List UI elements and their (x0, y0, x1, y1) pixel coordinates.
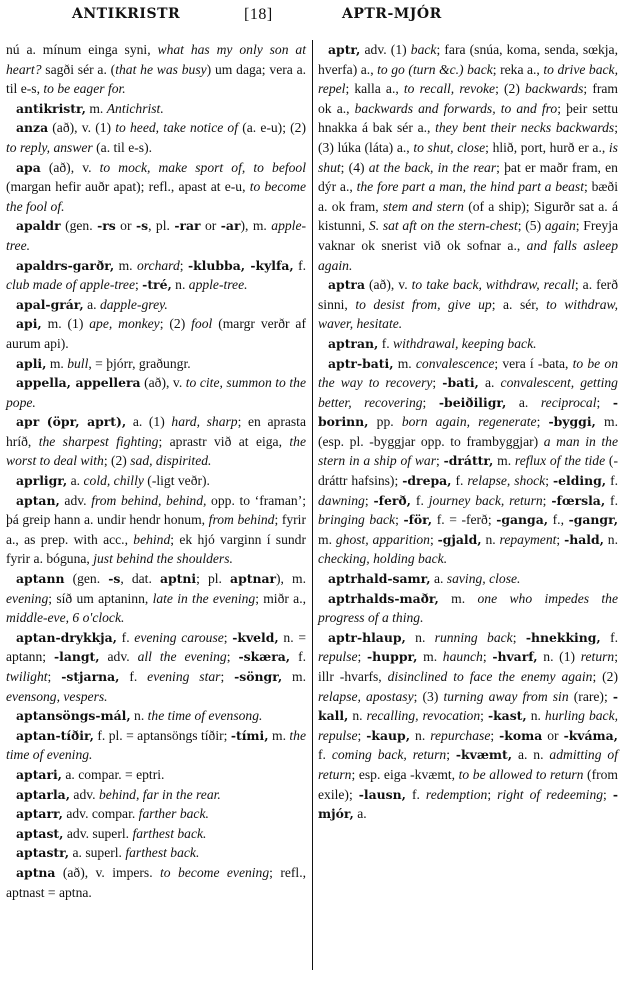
headword: aptr-hlaup, (328, 630, 406, 645)
definition: dawning (318, 493, 365, 508)
entry-text: f. pl. = aptansöngs tíðir; (94, 728, 231, 743)
entry-text: f. = -ferð; (432, 512, 496, 527)
entry-text: ; (2) (495, 81, 525, 96)
headword: -fœrsla, (551, 493, 605, 508)
headword: -ar (221, 218, 241, 233)
dictionary-entry: aptan-drykkja, f. evening carouse; -kvel… (6, 628, 306, 706)
dictionary-entry: aptast, adv. superl. farthest back. (6, 824, 306, 844)
definition: repayment (500, 532, 557, 547)
definition: farthest back. (132, 826, 206, 841)
definition: right of redeeming (497, 787, 603, 802)
headword: -stjarna, (61, 669, 119, 684)
entry-text: (gen. (64, 571, 108, 586)
entry-text: ; vera í -bata, (494, 356, 572, 371)
definition: sad, dispirited. (130, 453, 211, 468)
headword: -tré, (142, 277, 172, 292)
entry-text: n. (172, 277, 189, 292)
definition: late in the evening (153, 591, 256, 606)
entry-text: or (116, 218, 136, 233)
entry-text: (að), v. (1) (48, 120, 115, 135)
entry-text: ; (358, 649, 367, 664)
dictionary-entry: aptan-tíðir, f. pl. = aptansöngs tíðir; … (6, 726, 306, 765)
definition: back (411, 42, 437, 57)
headword: apal-grár, (16, 297, 84, 312)
definition: middle-eve, 6 o'clock. (6, 610, 124, 625)
headword: -s (108, 571, 120, 586)
headword: -rar (174, 218, 200, 233)
dictionary-entry: apa (að), v. to mock, make sport of, to … (6, 158, 306, 217)
definition: turning away from sin (444, 689, 569, 704)
definition: redemption (426, 787, 487, 802)
entry-text: adv. superl. (63, 826, 132, 841)
entry-text: ; (365, 493, 374, 508)
headword: -ganga, (496, 512, 548, 527)
entry-text: ; (358, 728, 367, 743)
definition: to be eager for. (43, 81, 125, 96)
entry-text: ; (603, 787, 613, 802)
dictionary-entry: aptansöngs-mál, n. the time of evensong. (6, 706, 306, 726)
definition: journey back, return (429, 493, 543, 508)
entry-continuation: nú a. mínum einga syni, what has my only… (6, 40, 306, 99)
entry-text: f. (451, 473, 467, 488)
headword: -beiðiligr, (439, 395, 506, 410)
dictionary-entry: anza (að), v. (1) to heed, take notice o… (6, 118, 306, 157)
headword: -huppr, (367, 649, 417, 664)
entry-text: a. (506, 395, 541, 410)
headword: apr (öpr, aprt), (16, 414, 126, 429)
entry-text: m. (282, 669, 306, 684)
entry-text: (-ligt veðr). (144, 473, 210, 488)
definition: disinclined to face the enemy again (388, 669, 593, 684)
headword: aptari, (16, 767, 62, 782)
headword: -dráttr, (444, 453, 494, 468)
definition: behind, far in the rear. (99, 787, 221, 802)
column-divider (312, 40, 313, 970)
entry-text: (gen. (61, 218, 97, 233)
definition: hard, sharp (171, 414, 237, 429)
entry-text: , pl. (148, 218, 174, 233)
headword: -gjald, (438, 532, 482, 547)
definition: recalling, revocation (367, 708, 481, 723)
definition: evensong, vespers. (6, 689, 108, 704)
entry-text: a. (431, 571, 447, 586)
dictionary-entry: aptran, f. withdrawal, keeping back. (318, 334, 618, 354)
definition: repurchase (430, 728, 490, 743)
definition: from behind (209, 512, 275, 527)
definition: to take back, withdraw, recall (412, 277, 575, 292)
headword: aptni (160, 571, 196, 586)
entry-text: (að), v. (141, 375, 186, 390)
entry-text: ; (545, 473, 553, 488)
entry-text: n. (1) (538, 649, 581, 664)
definition: evening carouse (134, 630, 224, 645)
definition: apple-tree. (189, 277, 248, 292)
definition: farther back. (139, 806, 209, 821)
headword: -skæra, (238, 649, 290, 664)
entry-text: m. (394, 356, 416, 371)
entry-text: (a. til e-s). (93, 140, 152, 155)
definition: relapse, shock (467, 473, 545, 488)
entry-text: f. (290, 649, 306, 664)
headword: -elding, (553, 473, 606, 488)
definition: backwards (525, 81, 583, 96)
entry-text: ; (2) (160, 316, 191, 331)
definition: running back (435, 630, 513, 645)
headword: -kast, (488, 708, 527, 723)
entry-text: f. (606, 473, 618, 488)
headword: -kvæmt, (456, 747, 512, 762)
entry-text: or (201, 218, 221, 233)
headword: aptarr, (16, 806, 63, 821)
dictionary-entry: aptr-bati, m. convalescence; vera í -bat… (318, 354, 618, 570)
entry-text: ) um daga; (207, 62, 270, 77)
right-column: aptr, adv. (1) back; fara (snúa, koma, s… (318, 40, 618, 824)
entry-text: ; (432, 375, 442, 390)
definition: from behind, behind, (91, 493, 206, 508)
definition: backwards and forwards, to and fro (355, 101, 558, 116)
dictionary-entry: aptarr, adv. compar. farther back. (6, 804, 306, 824)
entry-text: ; (490, 728, 499, 743)
headword: -byggi, (549, 414, 596, 429)
definition: cold, chilly (83, 473, 143, 488)
dictionary-entry: apr (öpr, aprt), a. (1) hard, sharp; en … (6, 412, 306, 471)
definition: fool (191, 316, 212, 331)
headword: -hvarf, (492, 649, 537, 664)
dictionary-entry: api, m. (1) ape, monkey; (2) fool (margr… (6, 314, 306, 353)
entry-text: ; (480, 708, 488, 723)
entry-text: a. (84, 297, 100, 312)
definition: the fore part a man, the hind part a bea… (357, 179, 584, 194)
dictionary-entry: aptari, a. compar. = eptri. (6, 765, 306, 785)
headword: -rs (97, 218, 116, 233)
entry-text: a. (1) (126, 414, 171, 429)
definition: bull (67, 356, 88, 371)
entry-text: f. (406, 787, 426, 802)
entry-text: or (542, 728, 563, 743)
definition: repulse (318, 649, 358, 664)
entry-text: n. (131, 708, 148, 723)
headword: -s (136, 218, 148, 233)
headword: -ferð, (374, 493, 411, 508)
entry-text: ), m. (240, 218, 271, 233)
dictionary-entry: aprligr, a. cold, chilly (-ligt veðr). (6, 471, 306, 491)
entry-text: m. (46, 356, 67, 371)
entry-text: ; (556, 532, 564, 547)
entry-text: ; esp. eiga -kvæmt, (351, 767, 458, 782)
headword: -drepa, (402, 473, 451, 488)
dictionary-entry: apal-grár, a. dapple-grey. (6, 295, 306, 315)
headword: -langt, (54, 649, 100, 664)
definition: ghost, apparition (336, 532, 430, 547)
definition: bringing back (318, 512, 395, 527)
entry-text: , dat. (120, 571, 160, 586)
first-headword: ANTIKRISTR (72, 6, 180, 22)
definition: they bent their necks backwards (435, 120, 614, 135)
entry-text: n. (482, 532, 500, 547)
definition: born again, regenerate (402, 414, 537, 429)
entry-text: ), m. (276, 571, 306, 586)
entry-text: f. (601, 630, 618, 645)
entry-text: adv. (70, 787, 99, 802)
headword: aptnar (230, 571, 276, 586)
entry-text: a. superl. (69, 845, 125, 860)
headword: -hnekking, (526, 630, 601, 645)
entry-text: ; miðr a., (255, 591, 306, 606)
definition: to heed, take notice of (115, 120, 238, 135)
definition: haunch (443, 649, 483, 664)
entry-text: ; (537, 414, 549, 429)
definition: return (581, 649, 614, 664)
entry-text: adv. (60, 493, 91, 508)
entry-text: ; aprastr við at eiga, (158, 434, 289, 449)
definition: to mock, make sport of, to befool (100, 160, 306, 175)
entry-text: n. (348, 708, 366, 723)
entry-text: (að), v. (41, 160, 100, 175)
entry-text: adv. (1) (360, 42, 410, 57)
entry-text: adv. compar. (63, 806, 139, 821)
entry-text: ; (224, 630, 232, 645)
entry-text: f. (378, 336, 393, 351)
entry-text: (a. e-u); (2) (238, 120, 306, 135)
entry-text: ; reka a., (493, 62, 544, 77)
headword: -lausn, (359, 787, 406, 802)
dictionary-entry: aptastr, a. superl. farthest back. (6, 843, 306, 863)
headword: aptran, (328, 336, 378, 351)
dictionary-entry: aptarla, adv. behind, far in the rear. (6, 785, 306, 805)
definition: reflux of the tide (515, 453, 605, 468)
definition: to be allowed to return (459, 767, 584, 782)
entry-text: (að), v. (365, 277, 412, 292)
dictionary-entry: apaldrs-garðr, m. orchard; -klubba, -kyl… (6, 256, 306, 295)
definition: evening star (147, 669, 220, 684)
last-headword: APTR-MJÓR (342, 6, 442, 22)
headword: -söngr, (234, 669, 282, 684)
entry-text: ; (5) (518, 218, 545, 233)
headword: apa (16, 160, 41, 175)
definition: Antichrist. (107, 101, 164, 116)
definition: to desist from, give up (355, 297, 491, 312)
entry-text: ; (483, 649, 492, 664)
entry-text: n. (527, 708, 545, 723)
definition: checking, holding back. (318, 551, 447, 566)
definition: the time of evensong. (148, 708, 263, 723)
definition: relapse, apostasy (318, 689, 414, 704)
entry-text: n. (406, 630, 435, 645)
definition: evening (6, 591, 48, 606)
entry-text: f., (548, 512, 568, 527)
headword: -koma (499, 728, 542, 743)
headword: aptansöngs-mál, (16, 708, 131, 723)
entry-text: m. (86, 101, 107, 116)
headword: apaldrs-garðr, (16, 258, 114, 273)
entry-text: ; (3) (414, 689, 444, 704)
headword: aptrhald-samr, (328, 571, 431, 586)
definition: twilight (6, 669, 48, 684)
headword: -klubba, -kylfa, (188, 258, 294, 273)
entry-text: ; pl. (196, 571, 230, 586)
dictionary-entry: aptr-hlaup, n. running back; -hnekking, … (318, 628, 618, 824)
entry-text: a. (354, 806, 367, 821)
headword: apaldr (16, 218, 61, 233)
dictionary-entry: aptan, adv. from behind, behind, opp. to… (6, 491, 306, 569)
running-header: ANTIKRISTR [18] APTR-MJÓR (0, 6, 625, 28)
entry-text: ; síð um aptaninn, (48, 591, 152, 606)
left-column: nú a. mínum einga syni, what has my only… (6, 40, 306, 902)
headword: anza (16, 120, 48, 135)
entry-text: m. (114, 258, 137, 273)
headword: -för, (403, 512, 432, 527)
dictionary-entry: apaldr (gen. -rs or -s, pl. -rar or -ar)… (6, 216, 306, 255)
definition: saving, close. (447, 571, 521, 586)
headword: aptna (16, 865, 55, 880)
entry-text: m. (1) (42, 316, 90, 331)
dictionary-entry: aptra (að), v. to take back, withdraw, r… (318, 275, 618, 334)
headword: aprligr, (16, 473, 67, 488)
definition: all the evening (138, 649, 227, 664)
entry-text: ; (2) (104, 453, 130, 468)
dictionary-entry: appella, appellera (að), v. to cite, sum… (6, 373, 306, 412)
definition: again (545, 218, 576, 233)
entry-text: ; (430, 532, 438, 547)
entry-text: f. (294, 258, 306, 273)
headword: appella, appellera (16, 375, 141, 390)
dictionary-entry: aptann (gen. -s, dat. aptni; pl. aptnar)… (6, 569, 306, 628)
headword: aptrhalds-maðr, (328, 591, 439, 606)
entry-text: m. (269, 728, 290, 743)
definition: to become evening (160, 865, 269, 880)
definition: just behind the shoulders. (93, 551, 233, 566)
dictionary-entry: antikristr, m. Antichrist. (6, 99, 306, 119)
entry-text: (rare); (569, 689, 613, 704)
entry-text: ; (48, 669, 62, 684)
headword: aptastr, (16, 845, 69, 860)
dictionary-entry: aptrhald-samr, a. saving, close. (318, 569, 618, 589)
entry-text: (að), v. impers. (55, 865, 160, 880)
headword: aptan, (16, 493, 60, 508)
headword: aptr-bati, (328, 356, 394, 371)
entry-text: m. (439, 591, 478, 606)
entry-text: f. (119, 669, 147, 684)
entry-text: n. (410, 728, 430, 743)
headword: apli, (16, 356, 46, 371)
entry-text: adv. (100, 649, 138, 664)
entry-text: sagði sér a. ( (42, 62, 116, 77)
headword: aptra (328, 277, 365, 292)
dictionary-entry: apli, m. bull, = þjórr, graðungr. (6, 354, 306, 374)
headword: -gangr, (569, 512, 618, 527)
definition: stem and stern (383, 199, 464, 214)
entry-text: ; (2) (592, 669, 618, 684)
entry-text: ; (4) (341, 160, 369, 175)
entry-text: a. (67, 473, 83, 488)
definition: at the back, in the rear (369, 160, 496, 175)
headword: aptarla, (16, 787, 70, 802)
definition: to shut, close (413, 140, 485, 155)
definition: S. sat aft on the stern-chest (369, 218, 518, 233)
definition: to go (turn &c.) back (377, 62, 493, 77)
dictionary-entry: aptna (að), v. impers. to become evening… (6, 863, 306, 902)
entry-text: f. (318, 747, 332, 762)
entry-text: ; (436, 453, 444, 468)
entry-text: m. (318, 532, 336, 547)
definition: behind (133, 532, 170, 547)
entry-text: ; (220, 669, 234, 684)
definition: coming back, return (332, 747, 446, 762)
dictionary-entry: aptrhalds-maðr, m. one who impedes the p… (318, 589, 618, 628)
entry-text: a. n. (512, 747, 549, 762)
headword: aptann (16, 571, 64, 586)
definition: ape, monkey (89, 316, 159, 331)
entry-text: ; (513, 630, 526, 645)
entry-text: f. (411, 493, 429, 508)
entry-text: ; (487, 787, 497, 802)
definition: club made of apple-tree (6, 277, 135, 292)
entry-text: m. (493, 453, 515, 468)
entry-text: f. (117, 630, 134, 645)
entry-text: pp. (369, 414, 402, 429)
headword: -hald, (564, 532, 604, 547)
definition: orchard (137, 258, 180, 273)
headword: -tími, (231, 728, 269, 743)
entry-text: a. compar. = eptri. (62, 767, 164, 782)
entry-text: ; kalla a., (345, 81, 403, 96)
definition: farthest back. (125, 845, 199, 860)
entry-text: , = þjórr, graðungr. (88, 356, 190, 371)
entry-text: f. (605, 493, 618, 508)
definition: the sharpest fighting (39, 434, 159, 449)
headword: -kaup, (366, 728, 410, 743)
dictionary-entry: aptr, adv. (1) back; fara (snúa, koma, s… (318, 40, 618, 275)
definition: that he was busy (115, 62, 206, 77)
definition: to recall, revoke (404, 81, 495, 96)
entry-text: ; (423, 395, 439, 410)
definition: dapple-grey. (100, 297, 168, 312)
entry-text: nú a. mínum einga syni, (6, 42, 158, 57)
entry-text: ; a. sér, (492, 297, 546, 312)
definition: convalescence (416, 356, 495, 371)
headword: aptast, (16, 826, 63, 841)
headword: -kváma, (564, 728, 618, 743)
entry-text: ; (180, 258, 188, 273)
entry-text: ; (597, 395, 613, 410)
headword: -bati, (442, 375, 479, 390)
page-number: [18] (244, 6, 273, 24)
entry-text: ; hlið, port, hurð er a., (485, 140, 609, 155)
headword: api, (16, 316, 42, 331)
entry-text: m. (417, 649, 442, 664)
entry-text: ; (446, 747, 456, 762)
definition: reciprocal (541, 395, 597, 410)
headword: aptan-tíðir, (16, 728, 94, 743)
definition: to reply, answer (6, 140, 93, 155)
headword: aptr, (328, 42, 360, 57)
headword: aptan-drykkja, (16, 630, 117, 645)
definition: withdrawal, keeping back. (393, 336, 536, 351)
headword: -kveld, (232, 630, 279, 645)
entry-text: (margan hefir auðr apat); refl., apast a… (6, 179, 250, 194)
entry-text: ; (227, 649, 239, 664)
headword: antikristr, (16, 101, 86, 116)
entry-text: a. (479, 375, 501, 390)
entry-text: n. (604, 532, 618, 547)
